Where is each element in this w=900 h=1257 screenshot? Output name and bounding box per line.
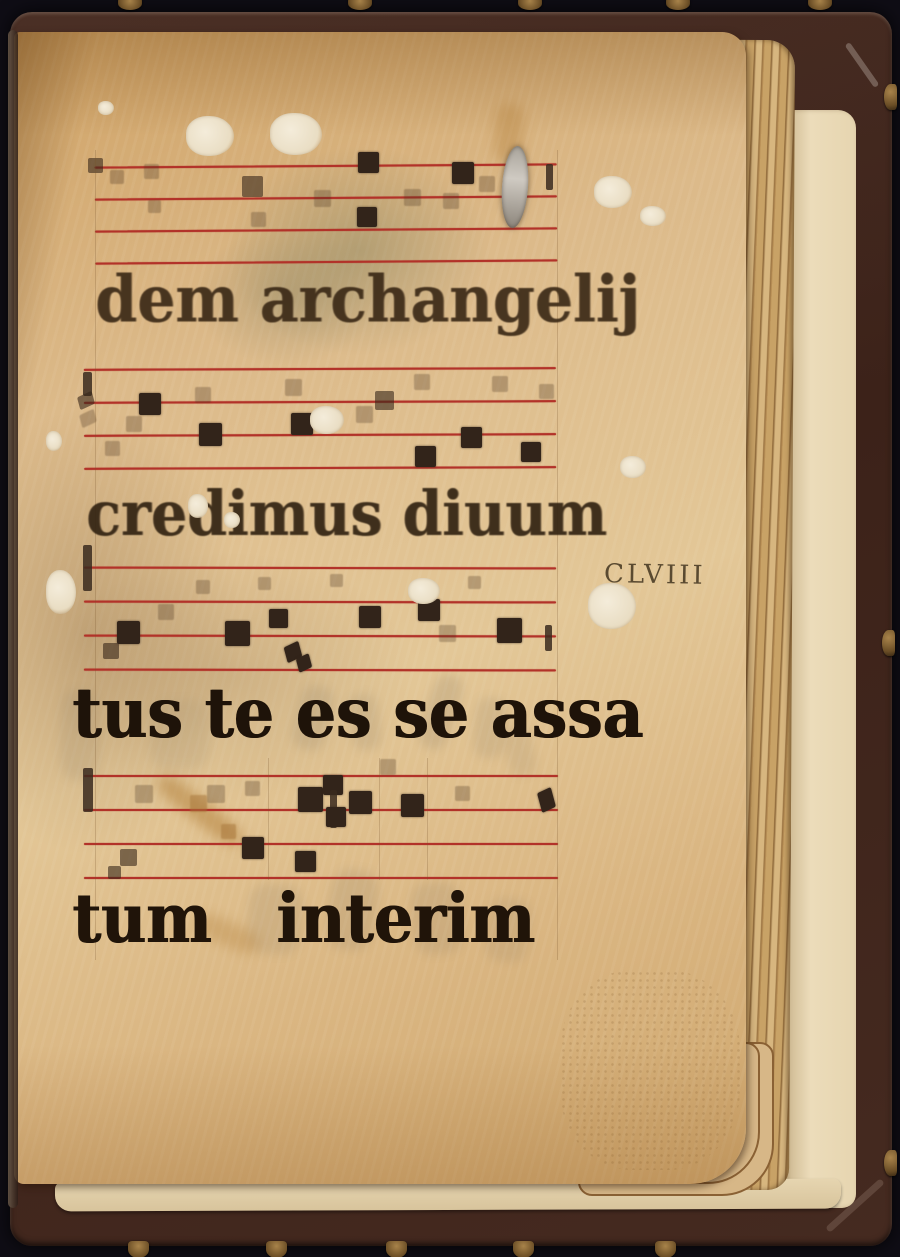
staff-line xyxy=(84,775,558,777)
neume xyxy=(139,393,161,415)
neume xyxy=(439,625,456,642)
neume xyxy=(251,212,266,227)
brass-stud xyxy=(882,630,895,656)
neume xyxy=(521,442,541,462)
neume xyxy=(443,193,459,209)
damage-spot xyxy=(188,494,208,518)
brass-stud xyxy=(884,84,897,110)
damage-spot xyxy=(588,583,636,629)
damage-spot xyxy=(640,206,666,226)
chant-text-line-3: tus te es se assa xyxy=(72,672,643,753)
neume xyxy=(326,807,346,827)
chant-text-line-1: dem archangelij xyxy=(95,262,640,338)
neume xyxy=(357,207,377,227)
neume xyxy=(269,609,288,628)
neume xyxy=(539,384,554,399)
ruling-line xyxy=(268,758,269,880)
flyleaf-page-right xyxy=(786,110,856,1208)
neume xyxy=(455,786,470,801)
brass-stud xyxy=(348,0,372,10)
damage-spot xyxy=(620,456,646,478)
staff-line xyxy=(84,635,556,638)
neume xyxy=(415,446,436,467)
neume xyxy=(242,837,264,859)
damage-spot xyxy=(224,512,240,528)
ruling-line xyxy=(379,758,380,880)
brass-stud xyxy=(386,1241,407,1257)
neume xyxy=(117,621,140,644)
neume xyxy=(545,625,552,651)
neume xyxy=(497,618,522,643)
brass-stud xyxy=(655,1241,676,1257)
neume xyxy=(103,643,119,659)
brass-stud xyxy=(666,0,690,10)
chant-text-line-4: tum interim xyxy=(72,878,535,958)
neume xyxy=(83,768,93,812)
neume xyxy=(148,200,161,213)
neume xyxy=(295,851,316,872)
brass-stud xyxy=(266,1241,287,1257)
neume xyxy=(199,423,222,446)
neume xyxy=(120,849,137,866)
neume xyxy=(225,621,250,646)
neume xyxy=(314,190,331,207)
neume xyxy=(380,759,396,775)
staff-line xyxy=(95,227,557,232)
staff-line xyxy=(84,843,558,845)
neume xyxy=(285,379,302,396)
neume xyxy=(258,577,271,590)
neume xyxy=(144,164,159,179)
neume xyxy=(356,406,373,423)
neume xyxy=(479,176,495,192)
neume xyxy=(468,576,481,589)
neume xyxy=(359,606,381,628)
neume xyxy=(330,574,343,587)
brass-stud xyxy=(128,1241,149,1257)
manuscript-photo-scene: dem archangelij credimus diuum tus te es… xyxy=(0,0,900,1257)
neume xyxy=(546,164,553,190)
staff-line xyxy=(84,367,556,371)
neume xyxy=(190,795,207,812)
neume xyxy=(414,374,430,390)
neume xyxy=(242,176,263,197)
ruling-line xyxy=(427,758,428,880)
damage-spot xyxy=(270,113,322,155)
neume xyxy=(461,427,482,448)
neume xyxy=(195,387,211,403)
neume xyxy=(110,170,124,184)
damage-spot xyxy=(186,116,234,156)
neume xyxy=(196,580,210,594)
neume xyxy=(401,794,424,817)
neume xyxy=(492,376,508,392)
neume xyxy=(207,785,225,803)
neume xyxy=(452,162,474,184)
brass-stud xyxy=(518,0,542,10)
damage-spot xyxy=(408,578,440,604)
staff-3 xyxy=(84,567,556,672)
neume xyxy=(135,785,153,803)
neume xyxy=(245,781,260,796)
staff-line xyxy=(84,567,556,570)
damage-spot xyxy=(310,406,344,434)
neume xyxy=(375,391,394,410)
staff-line xyxy=(84,433,556,437)
neume xyxy=(126,416,142,432)
vellum-grain-texture xyxy=(560,970,740,1170)
neume xyxy=(298,787,323,812)
damage-spot xyxy=(46,570,76,614)
staff-line xyxy=(84,601,556,604)
neume xyxy=(404,189,421,206)
damage-spot xyxy=(594,176,632,208)
spine-edge xyxy=(8,30,18,1208)
neume xyxy=(358,152,379,173)
brass-stud xyxy=(808,0,832,10)
damage-spot xyxy=(46,431,62,451)
neume xyxy=(83,545,92,591)
neume xyxy=(158,604,174,620)
chant-text-line-2: credimus diuum xyxy=(86,478,607,550)
damage-spot xyxy=(98,101,114,115)
brass-stud xyxy=(118,0,142,10)
brass-stud xyxy=(513,1241,534,1257)
neume xyxy=(221,824,236,839)
brass-stud xyxy=(884,1150,897,1176)
neume xyxy=(349,791,372,814)
neume xyxy=(105,441,120,456)
